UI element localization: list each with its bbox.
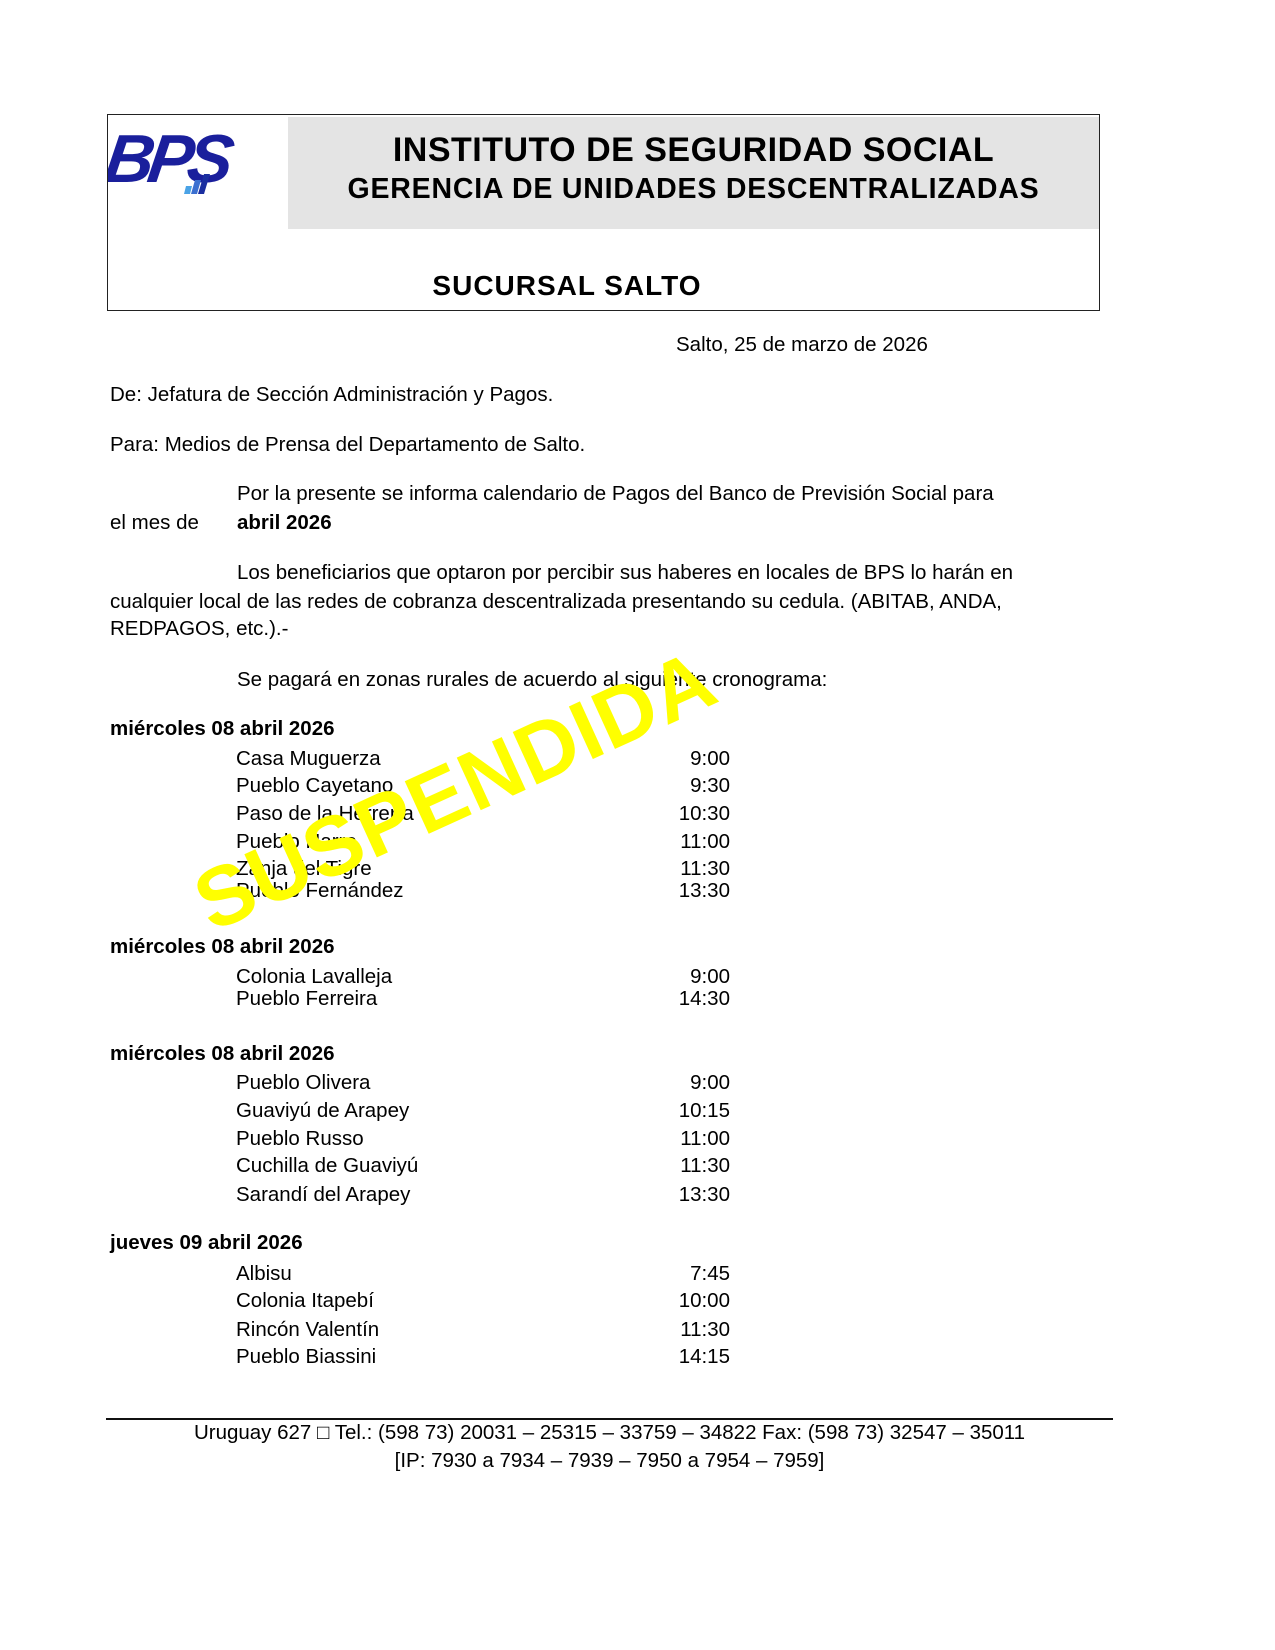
intro-line: Por la presente se informa calendario de… [237,482,994,506]
schedule-time: 9:30 [600,774,730,798]
schedule-place: Casa Muguerza [236,747,381,771]
footer-extensions: [IP: 7930 a 7934 – 7939 – 7950 a 7954 – … [106,1449,1113,1473]
schedule-time: 13:30 [600,879,730,903]
schedule-day-header: jueves 09 abril 2026 [110,1231,303,1255]
schedule-time: 11:30 [600,1154,730,1178]
letter-date: Salto, 25 de marzo de 2026 [676,333,928,357]
schedule-place: Guaviyú de Arapey [236,1099,409,1123]
branch-title: SUCURSAL SALTO [107,270,1027,302]
schedule-time: 10:15 [600,1099,730,1123]
schedule-time: 7:45 [600,1262,730,1286]
schedule-time: 10:30 [600,802,730,826]
bps-logo-icon: BPS [108,128,264,200]
svg-text:BPS: BPS [108,128,238,197]
schedule-intro: Se pagará en zonas rurales de acuerdo al… [237,668,827,692]
schedule-place: Pueblo Russo [236,1127,364,1151]
schedule-place: Pueblo Biassini [236,1345,376,1369]
schedule-time: 11:00 [600,1127,730,1151]
schedule-time: 10:00 [600,1289,730,1313]
schedule-time: 9:00 [600,1071,730,1095]
intro-prefix: el mes de [110,511,199,535]
schedule-place: Rincón Valentín [236,1318,379,1342]
institute-title: INSTITUTO DE SEGURIDAD SOCIAL [288,131,1099,170]
schedule-place: Colonia Itapebí [236,1289,374,1313]
schedule-place: Pueblo Olivera [236,1071,370,1095]
schedule-time: 13:30 [600,1183,730,1207]
schedule-place: Sarandí del Arapey [236,1183,410,1207]
beneficiaries-line-1: Los beneficiarios que optaron por percib… [237,561,1013,585]
schedule-day-header: miércoles 08 abril 2026 [110,717,335,741]
schedule-time: 11:30 [600,1318,730,1342]
schedule-time: 11:30 [600,857,730,881]
schedule-place: Pueblo Ferreira [236,987,377,1011]
schedule-time: 9:00 [600,965,730,989]
beneficiaries-line-2: cualquier local de las redes de cobranza… [110,590,1002,614]
schedule-day-header: miércoles 08 abril 2026 [110,1042,335,1066]
letter-from: De: Jefatura de Sección Administración y… [110,383,553,407]
footer-divider [106,1418,1113,1420]
footer-contact: Uruguay 627 □ Tel.: (598 73) 20031 – 253… [106,1421,1113,1445]
schedule-place: Cuchilla de Guaviyú [236,1154,418,1178]
schedule-time: 11:00 [600,830,730,854]
schedule-place: Colonia Lavalleja [236,965,392,989]
letter-to: Para: Medios de Prensa del Departamento … [110,433,585,457]
beneficiaries-line-3: REDPAGOS, etc.).- [110,617,288,641]
schedule-time: 14:15 [600,1345,730,1369]
intro-month: abril 2026 [237,511,332,535]
schedule-time: 14:30 [600,987,730,1011]
department-subtitle: GERENCIA DE UNIDADES DESCENTRALIZADAS [288,173,1099,206]
schedule-place: Albisu [236,1262,292,1286]
